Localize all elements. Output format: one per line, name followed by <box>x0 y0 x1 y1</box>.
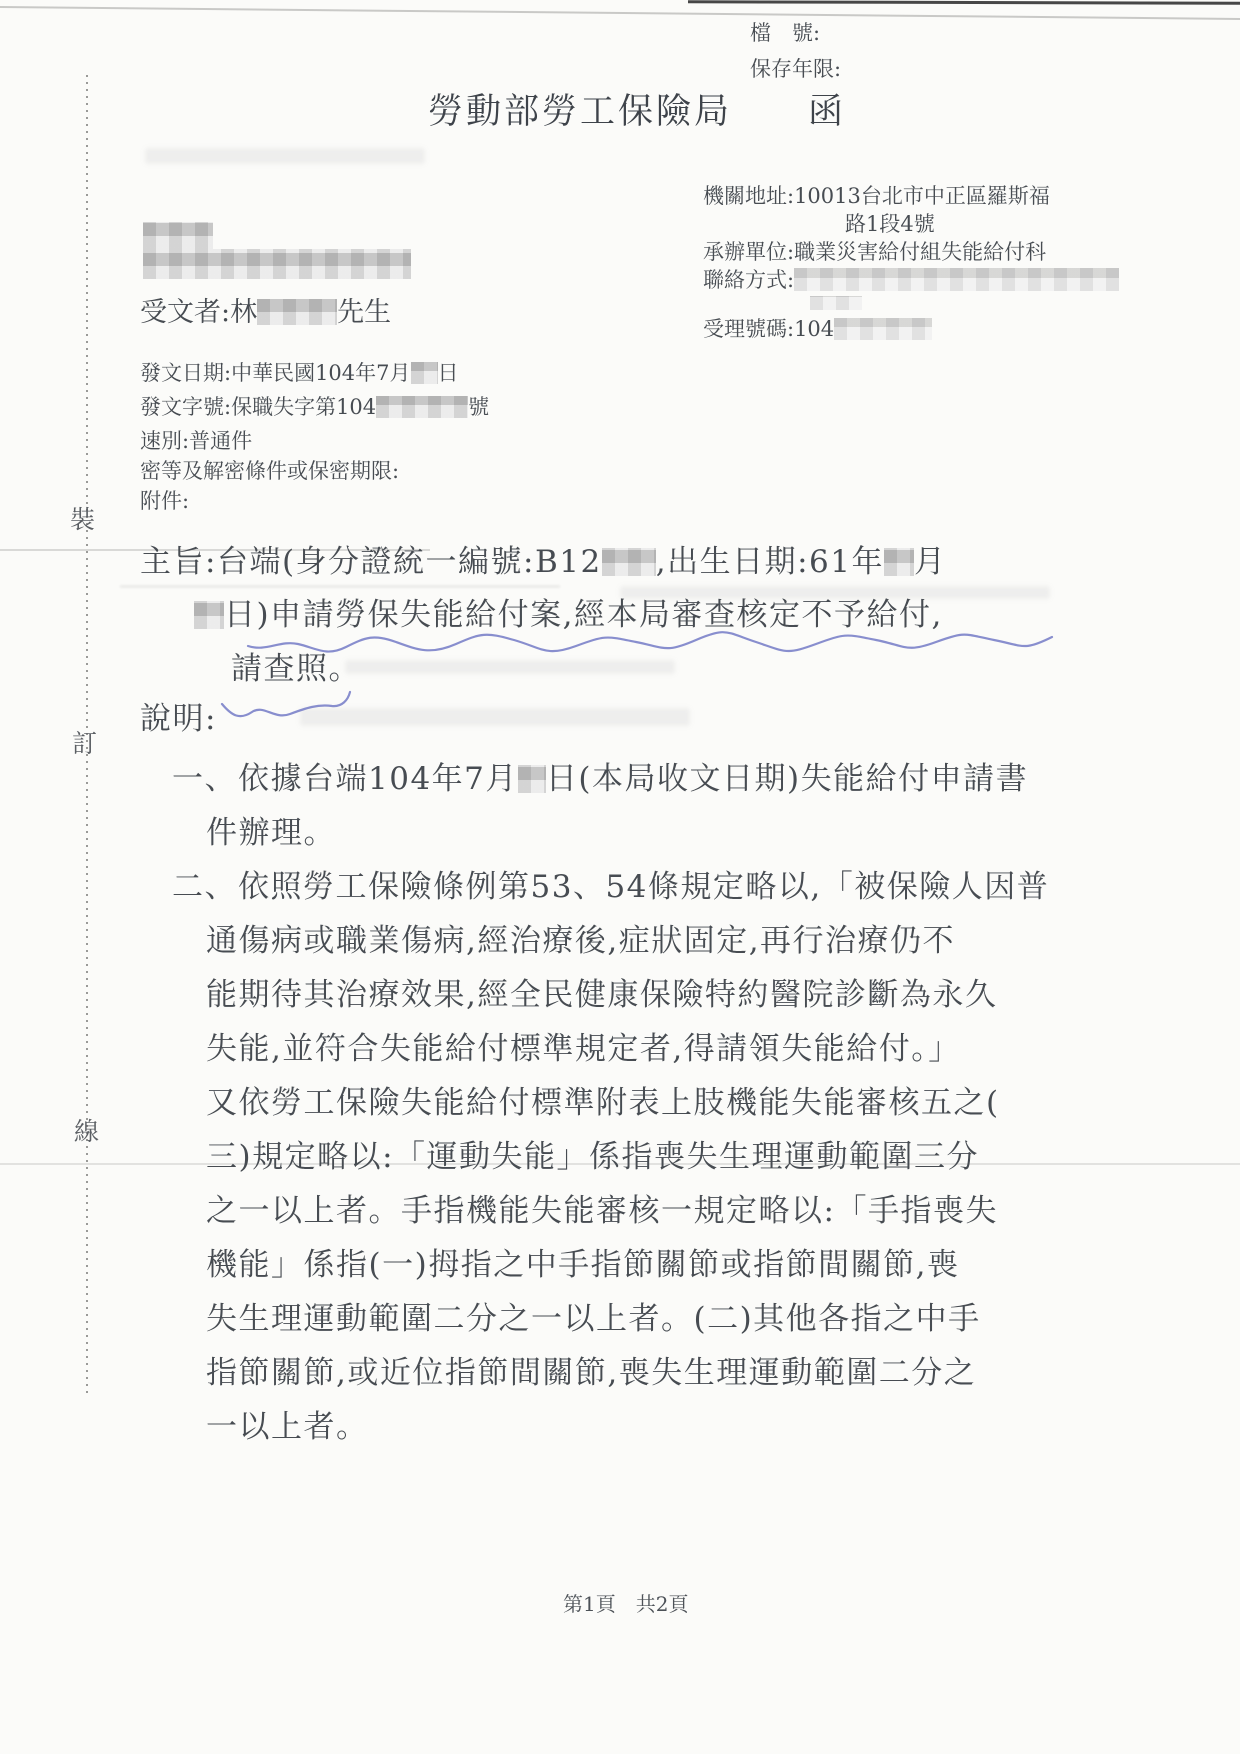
attachment-line: 附件: <box>140 488 189 514</box>
explanation-heading: 說明: <box>140 700 217 738</box>
explanation-item2-line: 機能」係指(一)拇指之中手指節關節或指節間關節,喪 <box>206 1246 960 1284</box>
agency-address-line1: 機關地址:10013台北市中正區羅斯福 <box>703 183 1050 209</box>
paper-crease <box>120 585 560 588</box>
issue-date-line: 發文日期:中華民國104年7月日 <box>140 360 459 386</box>
subject-line1-a: 主旨:台端(身分證統一編號:B12 <box>140 544 602 580</box>
recipient-suffix: 先生 <box>337 297 391 328</box>
scan-edge-line-faint <box>0 6 1240 20</box>
file-number-label: 檔 號: <box>750 20 820 46</box>
redacted-birth-day <box>194 601 224 629</box>
security-class-line: 密等及解密條件或保密期限: <box>140 458 399 484</box>
item1-line1-b: 日(本局收文日期)失能給付申請書 <box>546 761 1028 797</box>
subject-line-1: 主旨:台端(身分證統一編號:B12,出生日期:61年月 <box>140 543 946 581</box>
recipient-prefix: 受文者:林 <box>140 297 257 328</box>
redacted-doc-number <box>376 396 468 418</box>
explanation-item1-line2: 件辦理。 <box>206 814 336 852</box>
speed-class-line: 速別:普通件 <box>140 428 252 454</box>
doc-number-prefix: 發文字號:保職失字第104 <box>140 395 376 419</box>
subject-line2-text: 日)申請勞保失能給付案,經本局審查核定不予給付, <box>224 597 943 633</box>
redacted-contact-2 <box>810 296 862 310</box>
subject-line1-b: ,出生日期:61年 <box>656 544 884 580</box>
explanation-item1-number: 一、 <box>172 760 237 798</box>
contact-label: 聯絡方式: <box>703 268 794 292</box>
explanation-item2-line: 通傷病或職業傷病,經治療後,症狀固定,再行治療仍不 <box>206 922 955 960</box>
explanation-item2-line: 依照勞工保險條例第53、54條規定略以,「被保險人因普 <box>238 868 1049 906</box>
recipient-line: 受文者:林先生 <box>140 297 391 329</box>
redacted-recipient-name <box>257 299 337 325</box>
redacted-issue-day <box>411 362 438 384</box>
doc-number-suffix: 號 <box>468 395 489 419</box>
issue-date-prefix: 發文日期:中華民國104年7月 <box>140 361 411 385</box>
scanned-letter-page: 裝 訂 線 檔 號: 保存年限: 勞動部勞工保險局 函 機關地址:10013台北… <box>0 0 1240 1754</box>
redacted-birth-month <box>884 548 914 576</box>
redacted-address-block <box>143 222 213 249</box>
case-number-line: 受理號碼:104 <box>703 316 932 342</box>
scan-edge-line-dark <box>688 0 1240 4</box>
pen-wavy-underline <box>218 690 358 726</box>
bleed-through-ghost <box>145 148 425 164</box>
explanation-item2-line: 失能,並符合失能給付標準規定者,得請領失能給付。」 <box>206 1030 961 1068</box>
redacted-case-number <box>834 318 932 340</box>
agency-address-line2: 路1段4號 <box>845 211 935 237</box>
page-number: 第1頁 共2頁 <box>563 1588 688 1617</box>
explanation-item2-line: 能期待其治療效果,經全民健康保險特約醫院診斷為永久 <box>206 976 997 1014</box>
explanation-item2-line: 又依勞工保險失能給付標準附表上肢機能失能審核五之( <box>206 1084 1000 1122</box>
explanation-item2-line: 指節關節,或近位指節間關節,喪失生理運動範圍二分之 <box>206 1354 976 1392</box>
binding-mark-xian: 線 <box>74 1112 99 1148</box>
pen-wavy-underline <box>246 630 1056 658</box>
redacted-address-block <box>143 249 411 279</box>
agency-unit-line: 承辦單位:職業災害給付組失能給付科 <box>703 239 1046 265</box>
explanation-item1-line1: 依據台端104年7月日(本局收文日期)失能給付申請書 <box>238 760 1028 798</box>
explanation-item2-number: 二、 <box>172 868 237 906</box>
subject-line-2: 日)申請勞保失能給付案,經本局審查核定不予給付, <box>194 596 943 634</box>
binding-mark-ding: 訂 <box>72 724 97 760</box>
case-number-prefix: 受理號碼:104 <box>703 317 834 341</box>
binding-mark-zhuang: 裝 <box>70 500 95 536</box>
explanation-item2-line: 失生理運動範圍二分之一以上者。(二)其他各指之中手 <box>206 1300 981 1338</box>
explanation-item2-line: 一以上者。 <box>206 1408 369 1446</box>
issue-date-suffix: 日 <box>438 361 459 385</box>
agency-contact-line: 聯絡方式: <box>703 267 1119 293</box>
explanation-item2-line: 三)規定略以:「運動失能」係指喪失生理運動範圍三分 <box>206 1138 979 1176</box>
bleed-through-ghost <box>345 660 675 674</box>
bleed-through-ghost <box>300 708 690 726</box>
redacted-id-number <box>602 548 656 576</box>
redacted-contact <box>794 268 1119 291</box>
retention-period-label: 保存年限: <box>750 56 841 82</box>
doc-number-line: 發文字號:保職失字第104號 <box>140 394 489 420</box>
document-title: 勞動部勞工保險局 函 <box>428 84 846 134</box>
explanation-item2-line: 之一以上者。手指機能失能審核一規定略以:「手指喪失 <box>206 1192 998 1230</box>
subject-line1-c: 月 <box>914 544 947 580</box>
redacted-receipt-day <box>518 765 546 793</box>
item1-line1-a: 依據台端104年7月 <box>238 761 518 797</box>
